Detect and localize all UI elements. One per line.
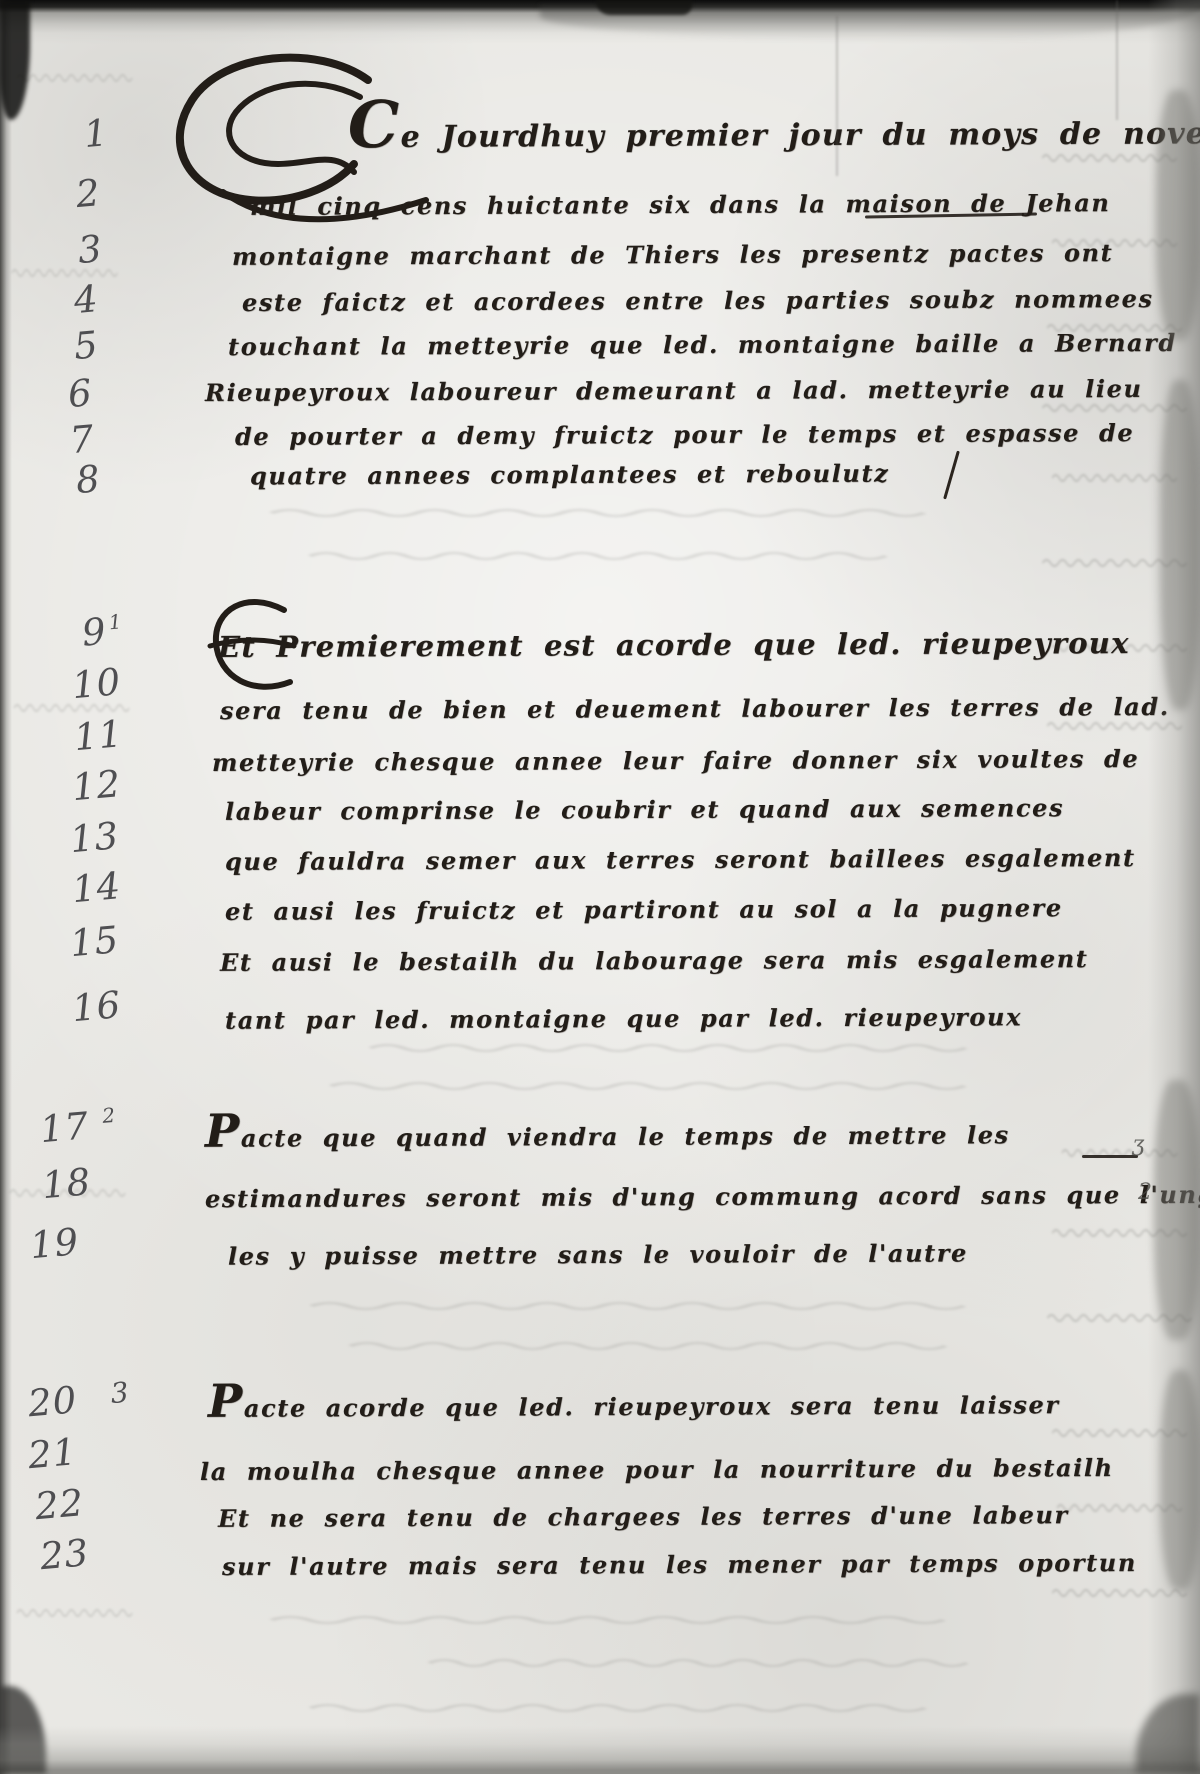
manuscript-line: touchant la metteyrie que led. montaigne… [228, 328, 1177, 361]
margin-line-number: 3 [76, 227, 107, 272]
bleed-through-texture [300, 548, 900, 564]
margin-line-number: 21 [26, 1430, 82, 1477]
margin-line-number: 11 [72, 712, 128, 759]
margin-line-number: 18 [40, 1160, 96, 1207]
manuscript-line: la moulha chesque annee pour la nourritu… [200, 1453, 1114, 1486]
paper-stain [1160, 380, 1200, 710]
margin-line-number: 5 [72, 323, 103, 368]
manuscript-line: estimandures seront mis d'ung commung ac… [205, 1180, 1200, 1213]
manuscript-page: { "page": { "paper_color": "#e9e8e4", "i… [0, 0, 1200, 1774]
bleed-through-texture [360, 1040, 980, 1056]
manuscript-line: Et ausi le bestailh du labourage sera mi… [220, 944, 1089, 977]
bleed-through-texture [420, 1655, 980, 1671]
paper-stain [1154, 1080, 1200, 1340]
manuscript-line: montaigne marchant de Thiers les present… [232, 238, 1113, 271]
paper-corner-bottom-right [1136, 1694, 1200, 1774]
bleed-through-texture [260, 1612, 960, 1628]
paper-stain [1156, 90, 1200, 340]
bleed-through-texture [300, 1298, 980, 1314]
slash-mark [943, 451, 960, 500]
margin-line-number: 19 [28, 1220, 84, 1267]
manuscript-line: sur l'autre mais sera tenu les mener par… [222, 1548, 1137, 1581]
manuscript-line: Rieupeyroux laboureur demeurant a lad. m… [205, 374, 1143, 407]
bleed-through-texture [320, 1078, 980, 1094]
manuscript-line: sera tenu de bien et deuement labourer l… [220, 692, 1170, 725]
manuscript-line: Pacte acorde que led. rieupeyroux sera t… [208, 1390, 1060, 1423]
manuscript-line: este faictz et acordees entre les partie… [242, 284, 1154, 317]
manuscript-line: Et Premierement est acorde que led. rieu… [218, 626, 1130, 664]
margin-line-number: 203 [26, 1374, 131, 1426]
manuscript-line: labeur comprinse le coubrir et quand aux… [225, 793, 1064, 826]
paper-edge-bottom [0, 1726, 1200, 1774]
manuscript-line: Pacte que quand viendra le temps de mett… [205, 1120, 1010, 1153]
margin-line-number: 6 [66, 371, 97, 416]
paper-corner-top-left [0, 0, 30, 120]
margin-line-number: 15 [68, 918, 124, 965]
margin-line-number: 10 [70, 660, 126, 707]
edge-curly-mark: ʒ [1132, 1132, 1144, 1157]
manuscript-line: quatre annees complantees et reboulutz [250, 459, 889, 491]
fold-line [1116, 0, 1118, 120]
manuscript-line: Et ne sera tenu de chargees les terres d… [218, 1500, 1069, 1533]
paper-edge-left [0, 0, 12, 1774]
fold-line [836, 16, 838, 176]
margin-line-number: 172 [38, 1102, 118, 1152]
margin-line-number: 1 [82, 111, 113, 156]
paper-stain [1160, 1370, 1200, 1590]
margin-line-number: 8 [74, 457, 105, 502]
margin-line-number: 2 [74, 171, 105, 216]
margin-line-number: 14 [70, 864, 126, 911]
manuscript-line: Ce Jourdhuy premier jour du moys de nove… [348, 116, 1200, 155]
manuscript-line: les y puisse mettre sans le vouloir de l… [228, 1238, 968, 1270]
margin-line-number: 16 [70, 983, 126, 1030]
margin-line-number: 12 [70, 762, 126, 809]
margin-line-number: 91 [80, 608, 125, 654]
manuscript-line: et ausi les fruictz et partiront au sol … [225, 893, 1063, 926]
bleed-through-texture [300, 1700, 940, 1716]
margin-line-number: 4 [72, 277, 103, 322]
paper-edge-notch [596, 0, 692, 15]
bleed-through-texture [15, 70, 135, 86]
bleed-through-texture [260, 505, 940, 521]
margin-line-number: 7 [68, 417, 99, 462]
margin-line-number: 23 [38, 1531, 94, 1578]
bleed-through-texture [15, 1605, 135, 1621]
filler-dash [1082, 1155, 1138, 1158]
manuscript-line: tant par led. montaigne que par led. rie… [225, 1002, 1022, 1034]
manuscript-line: de pourter a demy fruictz pour le temps … [235, 418, 1134, 451]
manuscript-line: metteyrie chesque annee leur faire donne… [212, 744, 1139, 777]
bleed-through-texture [340, 1338, 960, 1354]
manuscript-line: que fauldra semer aux terres seront bail… [225, 843, 1136, 876]
margin-line-number: 13 [68, 814, 124, 861]
margin-line-number: 22 [33, 1481, 89, 1528]
